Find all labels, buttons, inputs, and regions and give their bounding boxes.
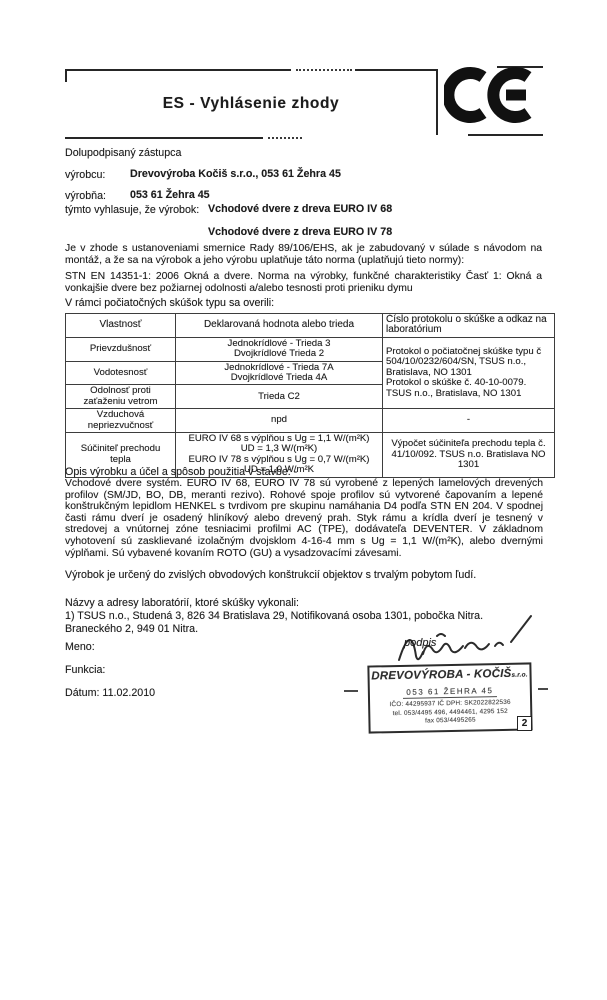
- function-label: Funkcia:: [65, 664, 105, 676]
- ce-box-bottom-line: [468, 134, 543, 136]
- page-number-badge: 2: [517, 716, 532, 731]
- row-protocol: -: [383, 409, 555, 433]
- declares-label: týmto vyhlasuje, že výrobok:: [65, 204, 199, 216]
- row-value: Trieda C2: [176, 385, 383, 409]
- top-border-line-2: [355, 69, 437, 71]
- top-left-tick: [65, 69, 67, 82]
- manufacturer-value: Drevovýroba Kočiš s.r.o., 053 61 Žehra 4…: [130, 168, 341, 180]
- plant-label: výrobňa:: [65, 190, 106, 202]
- row-value: Jednokrídlové - Trieda 7A Dvojkrídlové T…: [176, 361, 383, 385]
- tests-intro: V rámci počiatočných skúšok typu sa over…: [65, 297, 274, 309]
- top-border-dots: [296, 69, 352, 71]
- row-value: Jednokrídlové - Trieda 3 Dvojkrídlové Tr…: [176, 337, 383, 361]
- row-property: Vzduchová nepriezvučnosť: [66, 409, 176, 433]
- title-underline: [65, 137, 263, 139]
- product-line-2: Vchodové dvere z dreva EURO IV 78: [208, 226, 392, 238]
- row-protocol: Výpočet súčiniteľa prechodu tepla č. 41/…: [383, 433, 555, 478]
- signature: [385, 612, 537, 674]
- table-row: Prievzdušnosť Jednokrídlové - Trieda 3 D…: [66, 337, 555, 361]
- ce-mark-icon: [444, 62, 536, 128]
- purpose-paragraph: Výrobok je určený do zvislých obvodových…: [65, 569, 476, 581]
- scan-artifact-dash: [344, 690, 358, 692]
- title-underline-dots: [268, 137, 302, 139]
- conformity-paragraph: Je v zhode s ustanoveniami smernice Rady…: [65, 243, 542, 266]
- standard-paragraph: STN EN 14351-1: 2006 Okná a dvere. Norma…: [65, 271, 542, 294]
- product-line-1: Vchodové dvere z dreva EURO IV 68: [208, 203, 392, 215]
- manufacturer-label: výrobcu:: [65, 169, 105, 181]
- row-property: Vodotesnosť: [66, 361, 176, 385]
- header-property: Vlastnosť: [66, 314, 176, 338]
- scanned-declaration-page: ES - Vyhlásenie zhody Dolupodpisaný zást…: [0, 0, 607, 1000]
- plant-value: 053 61 Žehra 45: [130, 189, 210, 201]
- row-value: npd: [176, 409, 383, 433]
- row-property: Odolnosť proti zaťaženiu vetrom: [66, 385, 176, 409]
- test-results-table: Vlastnosť Deklarovaná hodnota alebo trie…: [65, 313, 555, 478]
- row-property: Prievzdušnosť: [66, 337, 176, 361]
- header-declared-value: Deklarovaná hodnota alebo trieda: [176, 314, 383, 338]
- date-label: Dátum: 11.02.2010: [65, 687, 155, 699]
- signatory-line: Dolupodpisaný zástupca: [65, 147, 181, 159]
- description-body: Vchodové dvere systém. EURO IV 68, EURO …: [65, 478, 543, 559]
- labs-intro: Názvy a adresy laboratórií, ktoré skúšky…: [65, 597, 299, 609]
- top-border-line: [65, 69, 291, 71]
- table-row: Vzduchová nepriezvučnosť npd -: [66, 409, 555, 433]
- description-intro: Opis výrobku a účel a spôsob použitia v …: [65, 466, 297, 478]
- name-label: Meno:: [65, 641, 95, 653]
- header-protocol: Číslo protokolu o skúške a odkaz na labo…: [383, 314, 555, 338]
- scan-artifact-dash: [538, 688, 548, 690]
- page-title: ES - Vyhlásenie zhody: [65, 95, 437, 113]
- table-header-row: Vlastnosť Deklarovaná hodnota alebo trie…: [66, 314, 555, 338]
- stamp-address: 053 61 ŽEHRA 45: [402, 685, 497, 699]
- protocol-span-cell: Protokol o počiatočnej skúške typu č 504…: [383, 337, 555, 408]
